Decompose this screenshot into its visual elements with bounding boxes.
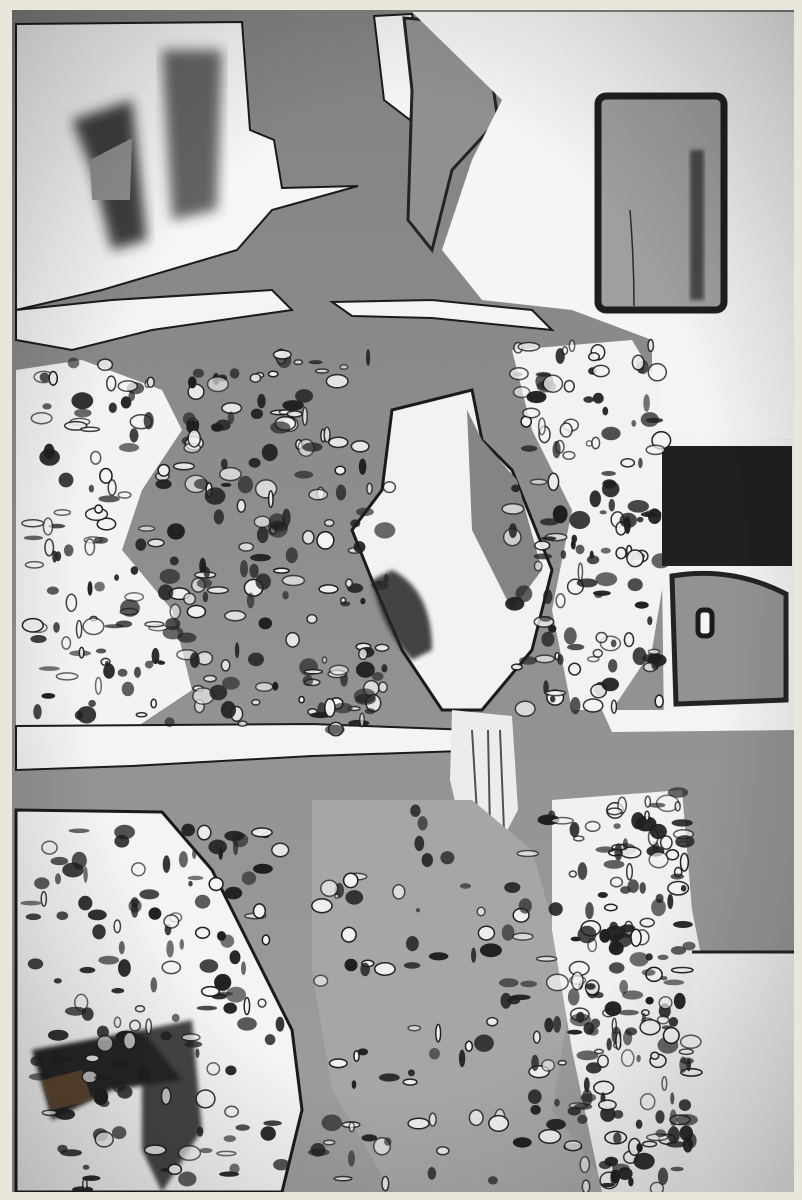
- print-paper-border: Abstract monochrome photographic print: [0, 0, 802, 1200]
- photograph: [12, 10, 794, 1192]
- abstract-photo-artwork: [12, 10, 794, 1192]
